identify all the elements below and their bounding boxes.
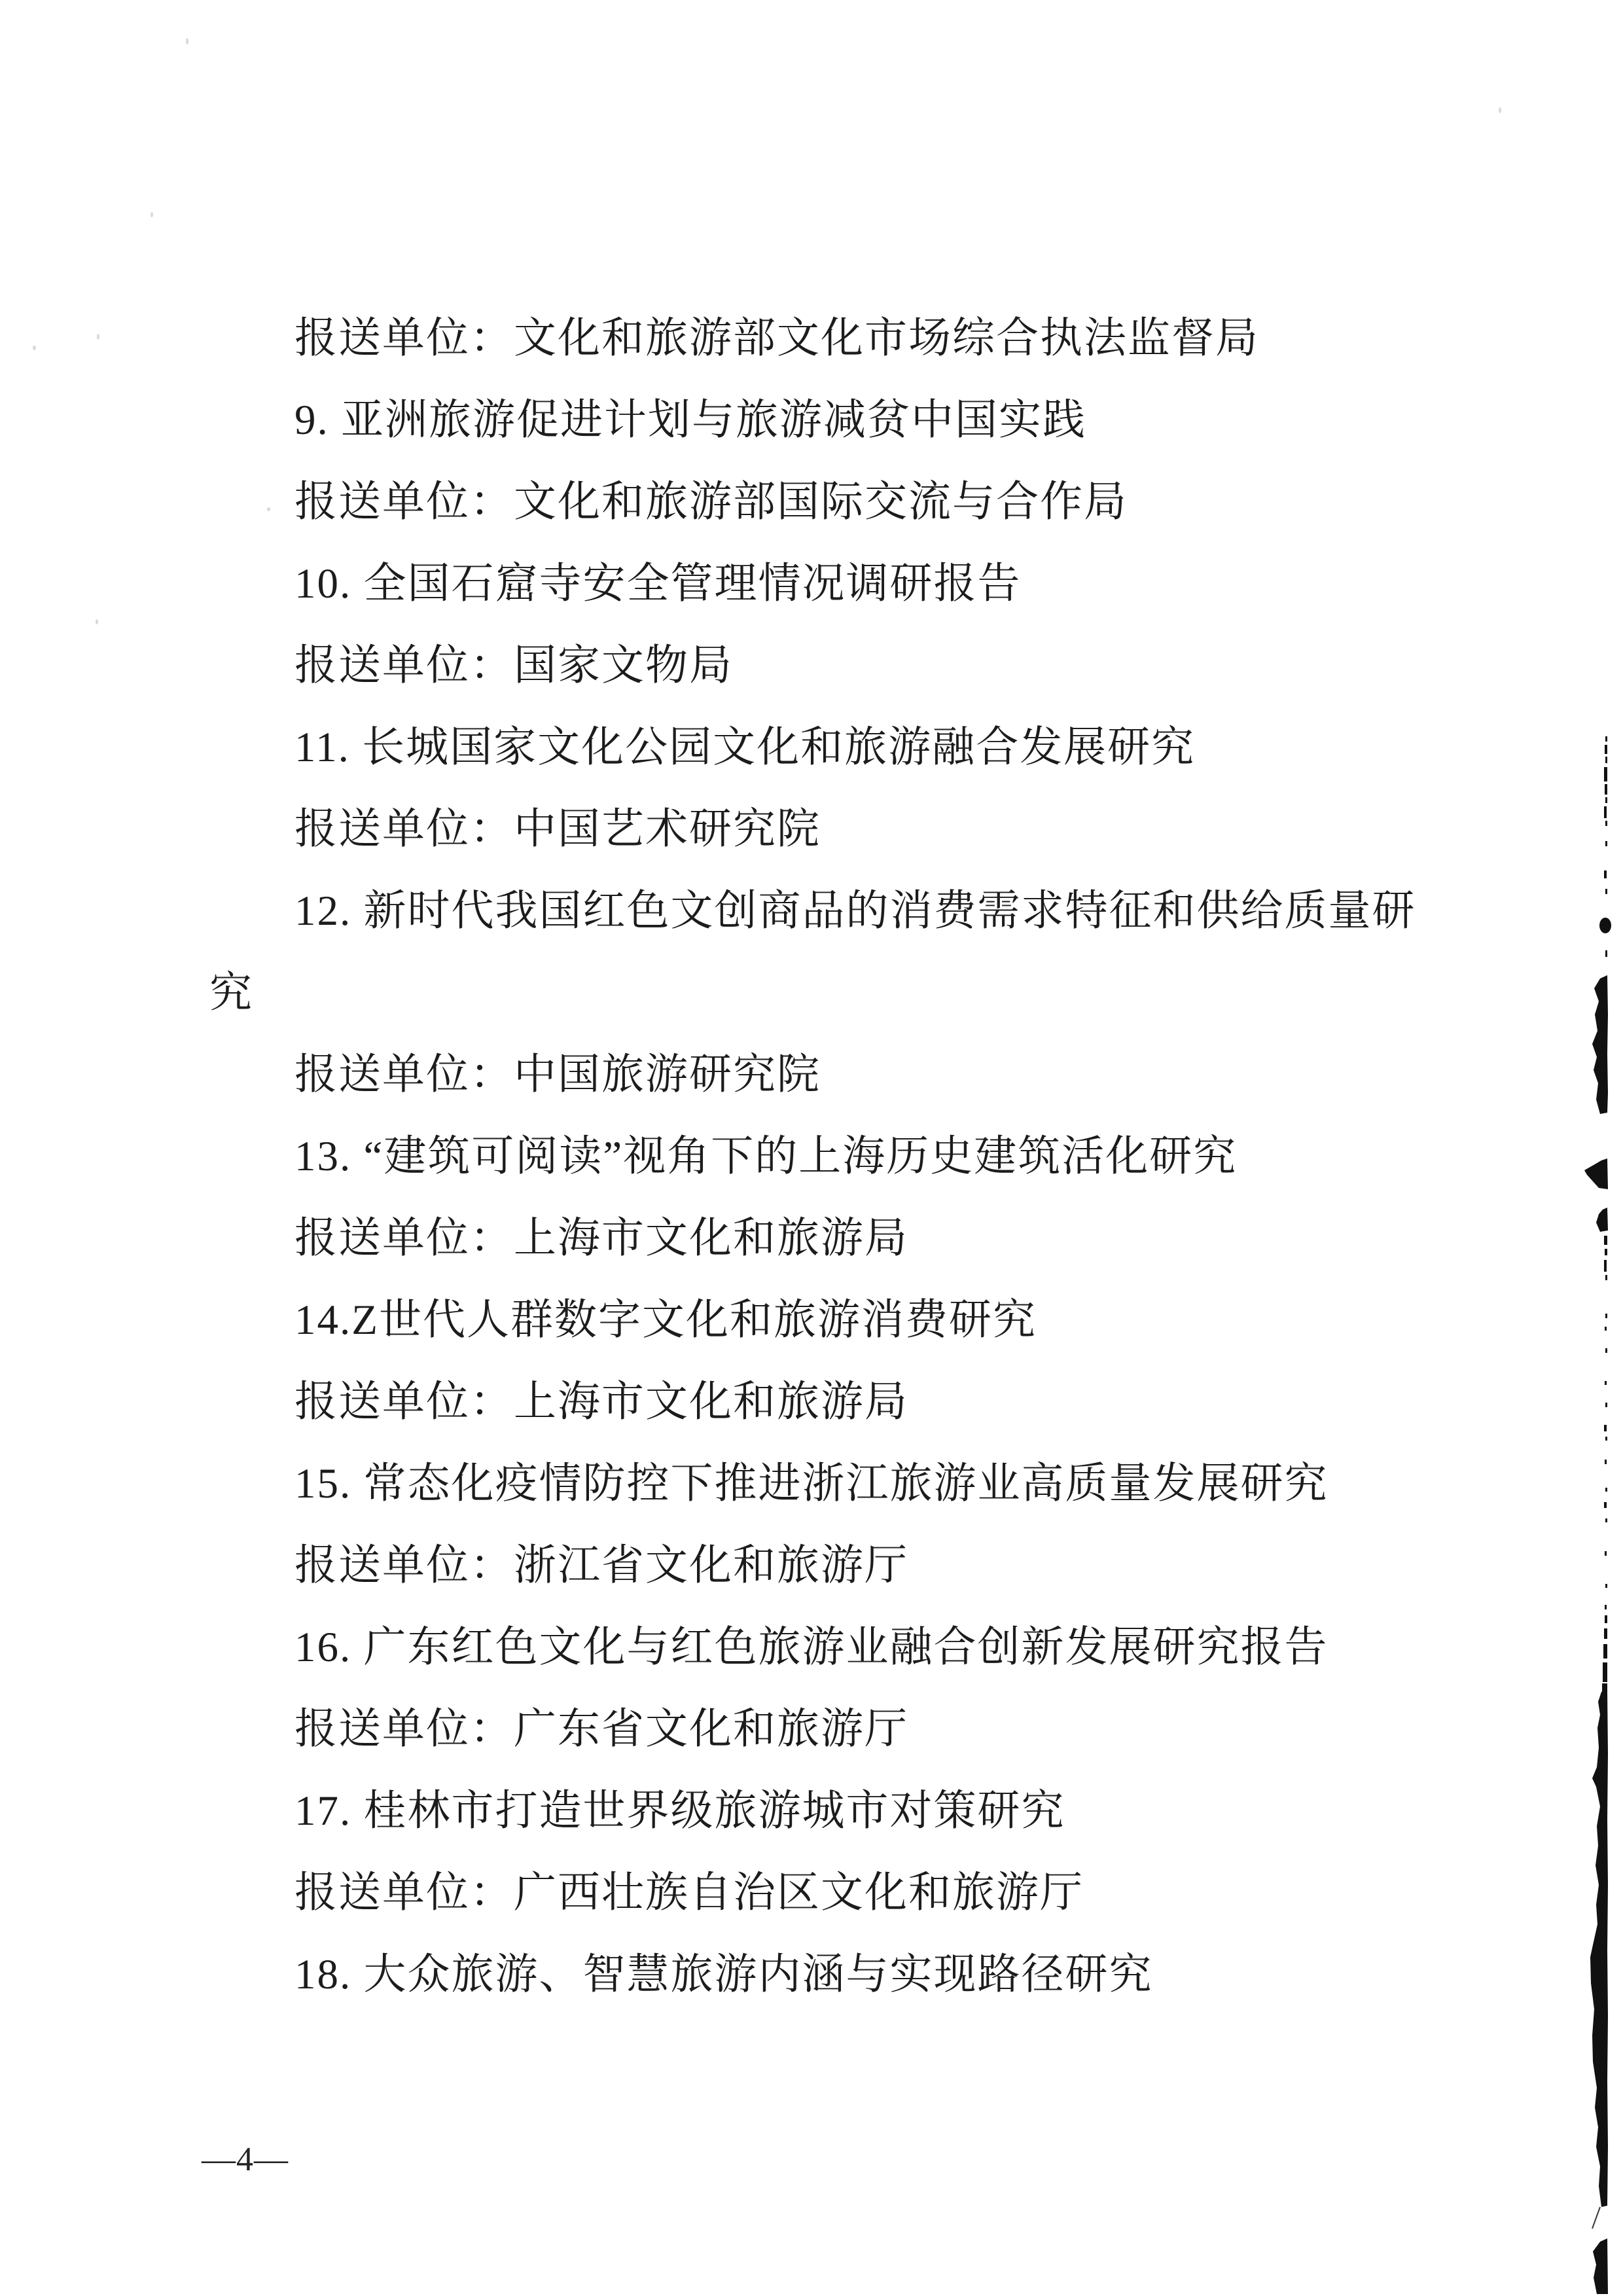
submitter-line: 报送单位：浙江省文化和旅游厅 [209, 1525, 1479, 1607]
scan-noise-speck [1499, 107, 1501, 113]
report-item-line: 12. 新时代我国红色文创商品的消费需求特征和供给质量研 [209, 870, 1479, 952]
report-item-wrapped-line: 究 [209, 952, 1479, 1034]
submitter-line: 报送单位：广东省文化和旅游厅 [209, 1689, 1479, 1770]
report-item-line: 13. “建筑可阅读”视角下的上海历史建筑活化研究 [209, 1116, 1479, 1198]
submitter-line: 报送单位：文化和旅游部文化市场综合执法监督局 [209, 298, 1479, 380]
page-number: —4— [202, 2140, 289, 2179]
report-item-line: 14.Z世代人群数字文化和旅游消费研究 [209, 1280, 1479, 1361]
submitter-line: 报送单位：文化和旅游部国际交流与合作局 [209, 461, 1479, 543]
report-item-line: 17. 桂林市打造世界级旅游城市对策研究 [209, 1770, 1479, 1852]
submitter-line: 报送单位：上海市文化和旅游局 [209, 1198, 1479, 1280]
scan-noise-speck [96, 619, 98, 624]
report-item-line: 15. 常态化疫情防控下推进浙江旅游业高质量发展研究 [209, 1443, 1479, 1525]
submitter-line: 报送单位：国家文物局 [209, 625, 1479, 707]
report-item-line: 9. 亚洲旅游促进计划与旅游减贫中国实践 [209, 380, 1479, 461]
document-text-block: 报送单位：文化和旅游部文化市场综合执法监督局 9. 亚洲旅游促进计划与旅游减贫中… [209, 298, 1479, 2016]
report-item-line: 11. 长城国家文化公园文化和旅游融合发展研究 [209, 707, 1479, 789]
scan-noise-speck [151, 212, 153, 217]
submitter-line: 报送单位：中国旅游研究院 [209, 1034, 1479, 1116]
scan-edge-artifact [1567, 707, 1623, 2296]
report-item-line: 10. 全国石窟寺安全管理情况调研报告 [209, 543, 1479, 625]
scan-noise-speck [33, 346, 36, 350]
scan-noise-speck [97, 334, 99, 340]
report-item-line: 18. 大众旅游、智慧旅游内涵与实现路径研究 [209, 1934, 1479, 2016]
scan-noise-speck [267, 507, 270, 511]
submitter-line: 报送单位：广西壮族自治区文化和旅游厅 [209, 1852, 1479, 1934]
submitter-line: 报送单位：上海市文化和旅游局 [209, 1361, 1479, 1443]
submitter-line: 报送单位：中国艺术研究院 [209, 789, 1479, 870]
scan-noise-speck [186, 38, 188, 45]
report-item-line: 16. 广东红色文化与红色旅游业融合创新发展研究报告 [209, 1607, 1479, 1689]
scanned-document-page: 报送单位：文化和旅游部文化市场综合执法监督局 9. 亚洲旅游促进计划与旅游减贫中… [0, 0, 1623, 2296]
